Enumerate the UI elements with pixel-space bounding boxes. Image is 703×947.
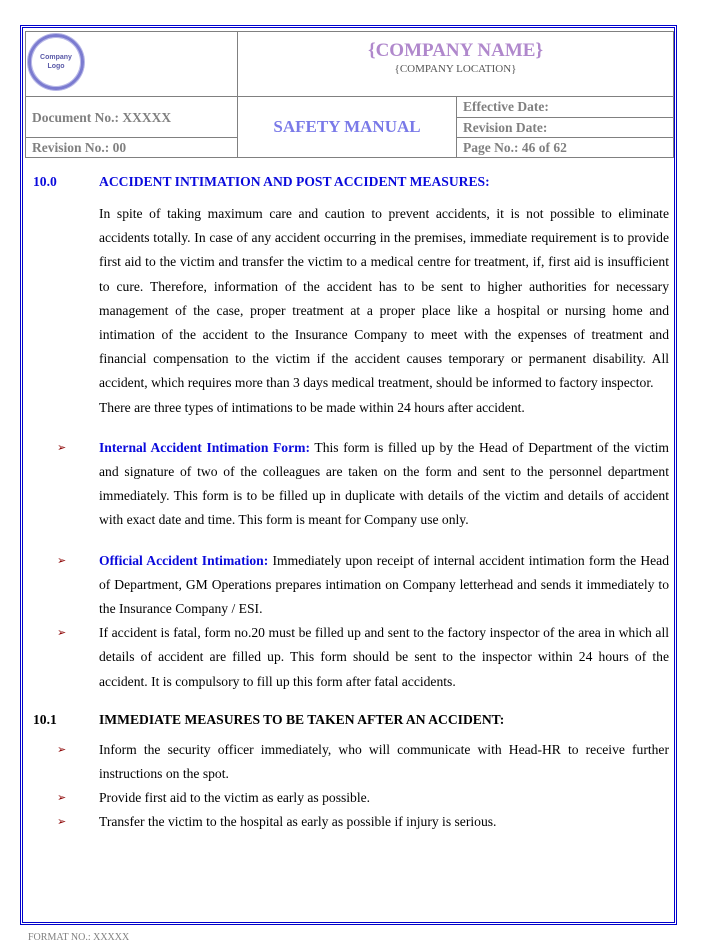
document-body: 10.0 ACCIDENT INTIMATION AND POST ACCIDE… [33, 170, 669, 835]
arrow-bullet-icon: ➢ [33, 621, 99, 694]
arrow-bullet-icon: ➢ [33, 786, 99, 810]
section-number: 10.1 [33, 708, 99, 732]
list-item: ➢ If accident is fatal, form no.20 must … [33, 621, 669, 694]
revision-number: Revision No.: 00 [26, 138, 238, 158]
manual-title: SAFETY MANUAL [238, 97, 457, 158]
arrow-bullet-icon: ➢ [33, 738, 99, 786]
revision-date: Revision Date: [457, 117, 674, 138]
list-item: ➢ Transfer the victim to the hospital as… [33, 810, 669, 834]
arrow-bullet-icon: ➢ [33, 549, 99, 622]
document-number: Document No.: XXXXX [26, 97, 238, 138]
logo-cell: Company Logo [26, 32, 238, 97]
company-location: {COMPANY LOCATION} [244, 62, 667, 76]
arrow-bullet-icon: ➢ [33, 436, 99, 533]
section-paragraph: In spite of taking maximum care and caut… [99, 202, 669, 396]
list-item: ➢ Internal Accident Intimation Form: Thi… [33, 436, 669, 533]
bullet-text: If accident is fatal, form no.20 must be… [99, 621, 669, 694]
logo-text-line1: Company [40, 53, 72, 62]
bullet-label: Official Accident Intimation: [99, 553, 268, 568]
section-title: ACCIDENT INTIMATION AND POST ACCIDENT ME… [99, 170, 490, 194]
logo-text-line2: Logo [47, 62, 64, 71]
intimation-intro: There are three types of intimations to … [99, 396, 669, 420]
company-logo: Company Logo [28, 34, 84, 90]
list-item: ➢ Provide first aid to the victim as ear… [33, 786, 669, 810]
bullet-label: Internal Accident Intimation Form: [99, 440, 310, 455]
bullet-text: Transfer the victim to the hospital as e… [99, 810, 669, 834]
document-header: Company Logo {COMPANY NAME} {COMPANY LOC… [25, 31, 674, 158]
list-item: ➢ Official Accident Intimation: Immediat… [33, 549, 669, 622]
section-heading-10-1: 10.1 IMMEDIATE MEASURES TO BE TAKEN AFTE… [33, 708, 669, 732]
section-title: IMMEDIATE MEASURES TO BE TAKEN AFTER AN … [99, 708, 504, 732]
list-item: ➢ Inform the security officer immediatel… [33, 738, 669, 786]
format-number: FORMAT NO.: XXXXX [28, 932, 129, 943]
bullet-text: Provide first aid to the victim as early… [99, 786, 669, 810]
arrow-bullet-icon: ➢ [33, 810, 99, 834]
effective-date: Effective Date: [457, 97, 674, 118]
section-heading-10-0: 10.0 ACCIDENT INTIMATION AND POST ACCIDE… [33, 170, 669, 194]
company-cell: {COMPANY NAME} {COMPANY LOCATION} [238, 32, 674, 97]
bullet-text: Inform the security officer immediately,… [99, 738, 669, 786]
page-number: Page No.: 46 of 62 [457, 138, 674, 158]
company-name: {COMPANY NAME} [244, 40, 667, 62]
section-number: 10.0 [33, 170, 99, 194]
